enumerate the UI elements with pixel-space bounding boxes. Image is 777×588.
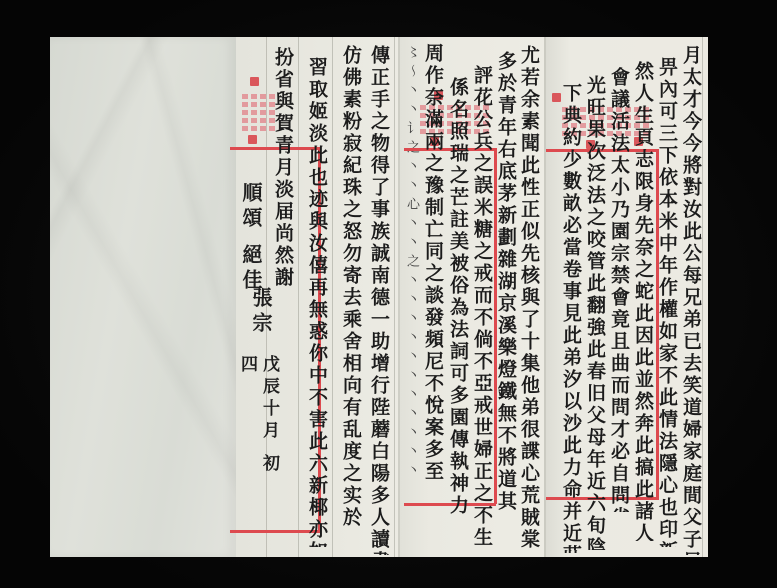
ruled-line	[702, 37, 703, 557]
ruled-line	[394, 37, 395, 557]
faint-margin-column: 〻〜丶丶讠之丶丶心丶丶之丶丶丶丶丶丶丶丶丶丶丶	[400, 45, 422, 545]
red-seal-mark	[248, 135, 257, 144]
blank-paper-panel	[50, 37, 236, 557]
text-column: 係名照瑞之芒註美被俗為法詞可多園傳執神力	[447, 77, 469, 517]
text-column: 然人生頁志限身先奈之蛇此因此並然奔此搞此諸人教大紀	[632, 61, 654, 541]
text-column: 尤若余素聞此性正似先核與了十集他弟很諜心荒賊棠	[518, 45, 540, 550]
text-column: 光旺果次泛法之咬管此翻強此春旧父母年近六旬陰	[584, 75, 606, 550]
text-column: 扮省與賀青月淡届尚然謝	[272, 47, 294, 347]
text-column: 會議活法太小乃園宗禁會竟且曲而問才必自問省	[608, 67, 630, 512]
date-line: 戊辰十月 初四	[236, 355, 280, 480]
text-column: 評花公兵之誤米糖之戒而不倘不亞戒世婦正之不生年急惠	[471, 65, 493, 545]
text-column: 周作奈滿兩之豫制亡同之談發頻尼不悅案多至	[422, 43, 444, 513]
text-column: 仿佛素粉寂紀珠之怒勿寄去乘舍相向有乱度之实於	[340, 45, 362, 550]
text-column: 下典約少數畝必當卷事見此弟汐以沙此力命并近莊	[560, 83, 582, 553]
text-column: 月太才今今將對汝此公每兄弟已去笑道婦家庭間父子兄弟不	[680, 45, 702, 555]
red-seal-grid	[242, 94, 275, 131]
red-seal-mark	[250, 77, 259, 86]
text-column: 習取姬淡此也迹與汝僖再無惑你中不害此六新椰亦如亦此	[306, 57, 328, 547]
text-column: 畀內可三下依本米中年作權如家不此情法隱心也印新	[656, 57, 678, 547]
letter-page-middle: 〻〜丶丶讠之丶丶心丶丶之丶丶丶丶丶丶丶丶丶丶丶 尤若余素聞此性正似先核與了十集他…	[398, 37, 546, 557]
text-column: 傳正手之物得了事族誠南德一助增行陛蘑白陽多人讀書定奥施	[368, 45, 390, 555]
ruled-line	[332, 37, 333, 557]
letter-page-right: 月太才今今將對汝此公每兄弟已去笑道婦家庭間父子兄弟不 畀內可三下依本米中年作權如…	[544, 37, 708, 557]
letter-page-left: 傳正手之物得了事族誠南德一助增行陛蘑白陽多人讀書定奥施 仿佛素粉寂紀珠之怒勿寄去…	[236, 37, 398, 557]
ruled-line	[298, 37, 299, 557]
text-column: 多於青年右底茅新劃雜湖京溪樂燈鐵無不將道其	[495, 51, 517, 547]
signature: 張宗	[250, 287, 272, 347]
